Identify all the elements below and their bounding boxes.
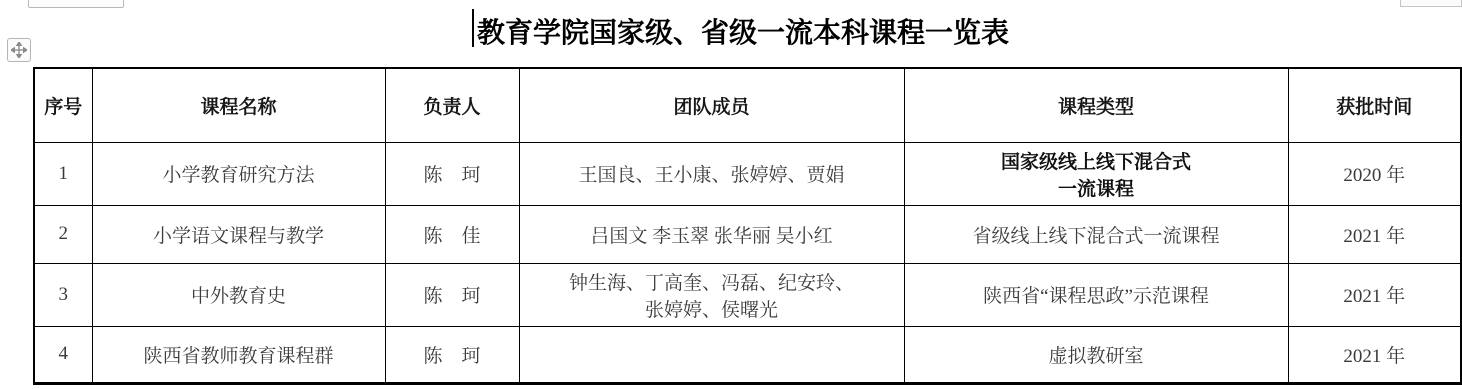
cell-team-members[interactable]: 吕国文 李玉翠 张华丽 吴小红 [519, 205, 904, 263]
cell-course-type[interactable]: 国家级线上线下混合式 一流课程 [904, 142, 1288, 205]
cell-approval-time[interactable]: 2021 年 [1288, 326, 1461, 383]
cell-leader[interactable]: 陈 珂 [385, 142, 519, 205]
courses-table: 序号 课程名称 负责人 团队成员 课程类型 获批时间 1 小学教育研究方法 陈 … [33, 67, 1462, 385]
table-row: 2 小学语文课程与教学 陈 佳 吕国文 李玉翠 张华丽 吴小红 省级线上线下混合… [34, 205, 1461, 263]
cell-course-name[interactable]: 小学语文课程与教学 [92, 205, 385, 263]
table-row: 4 陕西省教师教育课程群 陈 珂 虚拟教研室 2021 年 [34, 326, 1461, 383]
header-course-name[interactable]: 课程名称 [92, 68, 385, 142]
cell-course-name[interactable]: 陕西省教师教育课程群 [92, 326, 385, 383]
cell-seq[interactable]: 1 [34, 142, 92, 205]
cell-leader[interactable]: 陈 佳 [385, 205, 519, 263]
header-leader[interactable]: 负责人 [385, 68, 519, 142]
header-row: 序号 课程名称 负责人 团队成员 课程类型 获批时间 [34, 68, 1461, 142]
cell-course-name[interactable]: 中外教育史 [92, 263, 385, 326]
page-title[interactable]: 教育学院国家级、省级一流本科课程一览表 [477, 15, 1009, 51]
header-course-type[interactable]: 课程类型 [904, 68, 1288, 142]
table-move-handle[interactable] [7, 38, 31, 62]
table-row: 3 中外教育史 陈 珂 钟生海、丁高奎、冯磊、纪安玲、 张婷婷、侯曙光 陕西省“… [34, 263, 1461, 326]
cell-approval-time[interactable]: 2021 年 [1288, 205, 1461, 263]
move-icon [11, 42, 27, 58]
cell-course-type[interactable]: 省级线上线下混合式一流课程 [904, 205, 1288, 263]
clipped-corner-box [1400, 0, 1462, 7]
cell-seq[interactable]: 4 [34, 326, 92, 383]
table-row: 1 小学教育研究方法 陈 珂 王国良、王小康、张婷婷、贾娟 国家级线上线下混合式… [34, 142, 1461, 205]
cell-seq[interactable]: 2 [34, 205, 92, 263]
clipped-ui-box [28, 0, 124, 8]
header-approval-time[interactable]: 获批时间 [1288, 68, 1461, 142]
cell-team-members[interactable]: 钟生海、丁高奎、冯磊、纪安玲、 张婷婷、侯曙光 [519, 263, 904, 326]
cell-approval-time[interactable]: 2020 年 [1288, 142, 1461, 205]
header-seq[interactable]: 序号 [34, 68, 92, 142]
cell-team-members[interactable] [519, 326, 904, 383]
cell-course-name[interactable]: 小学教育研究方法 [92, 142, 385, 205]
document-page: 教育学院国家级、省级一流本科课程一览表 序号 课程名称 负责人 团队成员 课程类… [0, 0, 1462, 389]
cell-approval-time[interactable]: 2021 年 [1288, 263, 1461, 326]
cell-leader[interactable]: 陈 珂 [385, 326, 519, 383]
cell-team-members[interactable]: 王国良、王小康、张婷婷、贾娟 [519, 142, 904, 205]
cell-course-type[interactable]: 陕西省“课程思政”示范课程 [904, 263, 1288, 326]
text-caret [472, 9, 474, 47]
header-team-members[interactable]: 团队成员 [519, 68, 904, 142]
cell-leader[interactable]: 陈 珂 [385, 263, 519, 326]
cell-seq[interactable]: 3 [34, 263, 92, 326]
cell-course-type[interactable]: 虚拟教研室 [904, 326, 1288, 383]
